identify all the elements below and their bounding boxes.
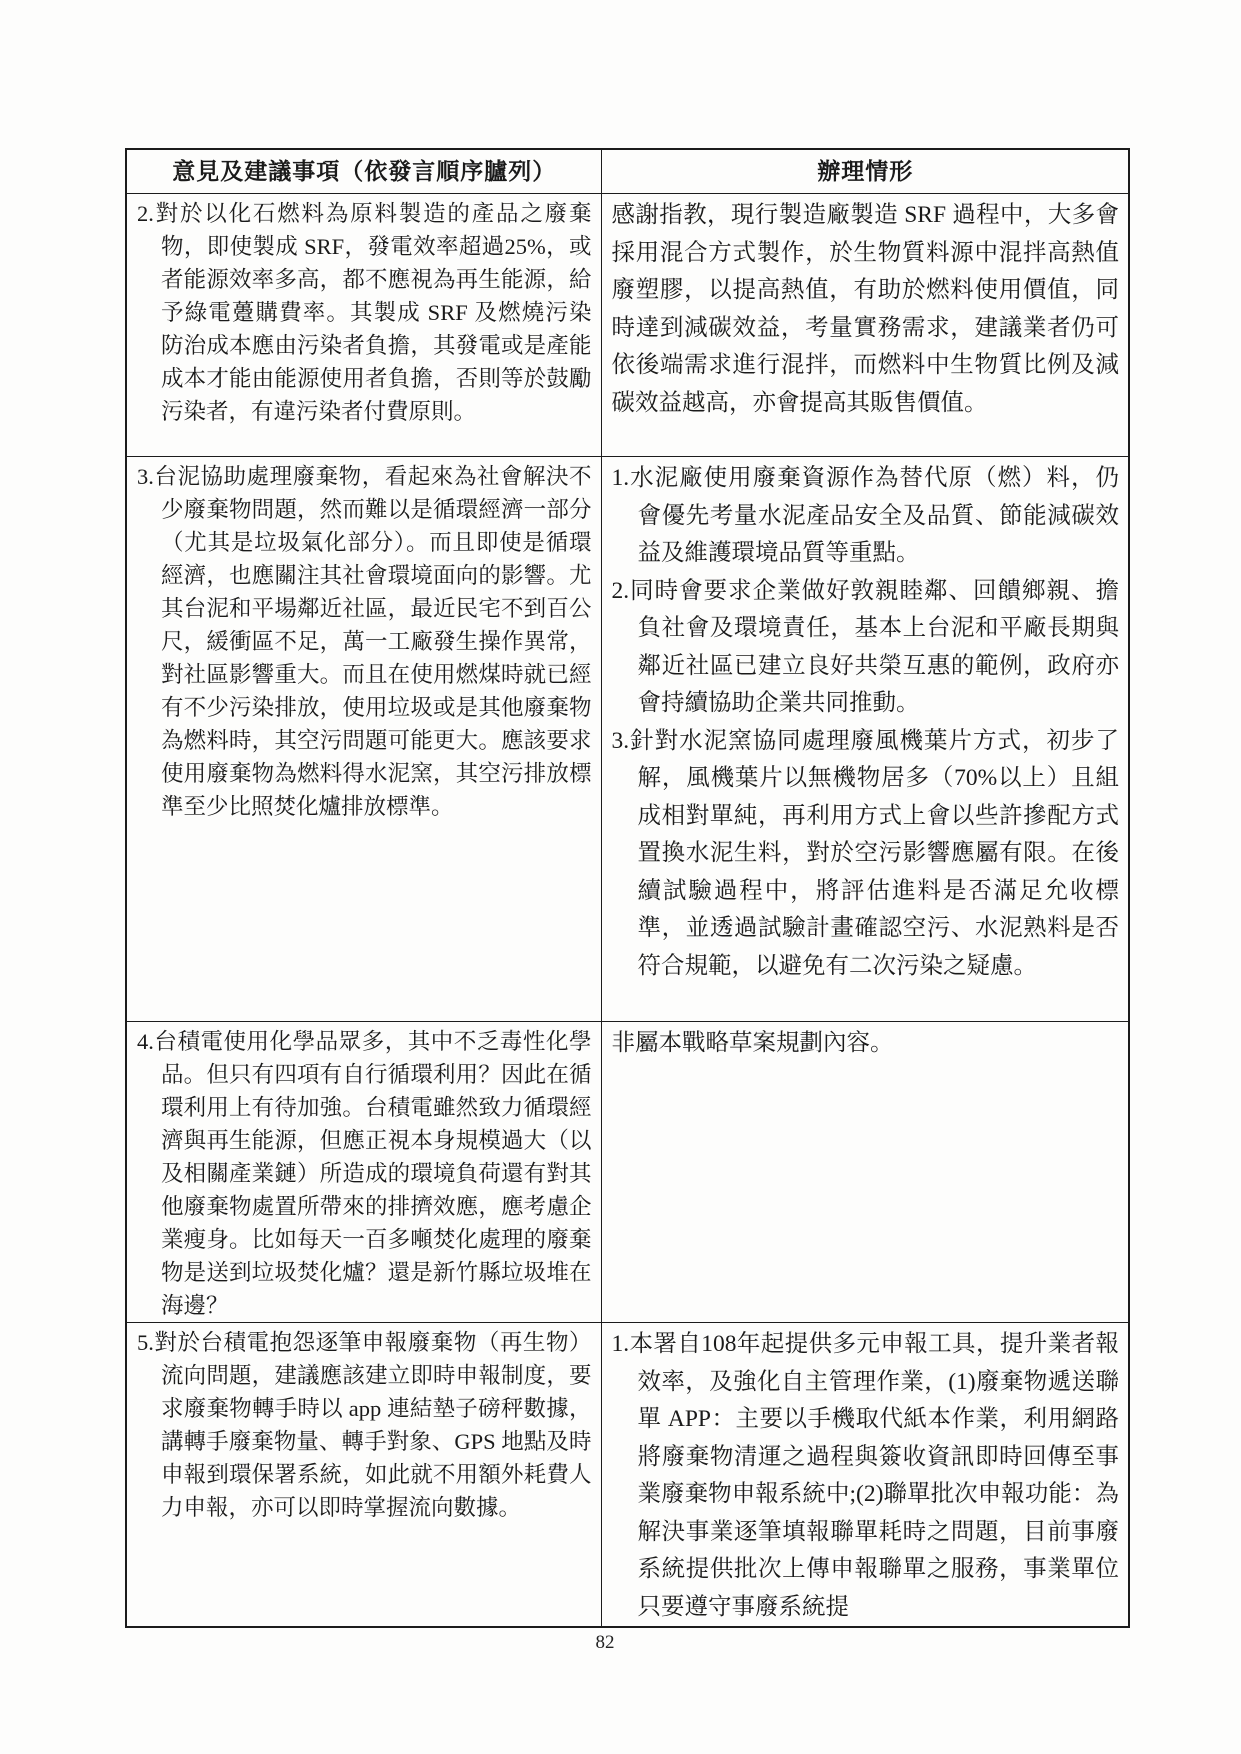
header-opinions: 意見及建議事項（依發言順序臚列） (126, 149, 601, 194)
paragraph: 3.台泥協助處理廢棄物，看起來為社會解決不少廢棄物問題，然而難以是循環經濟一部分… (137, 460, 592, 823)
table-row-item4: 4.台積電使用化學品眾多，其中不乏毒性化學品。但只有四項有自行循環利用？因此在循… (126, 1022, 1129, 1323)
cell-opinion-4: 4.台積電使用化學品眾多，其中不乏毒性化學品。但只有四項有自行循環利用？因此在循… (126, 1022, 601, 1323)
table-row-item3: 3.台泥協助處理廢棄物，看起來為社會解決不少廢棄物問題，然而難以是循環經濟一部分… (126, 457, 1129, 1022)
paragraph: 5.對於台積電抱怨逐筆申報廢棄物（再生物）流向問題，建議應該建立即時申報制度，要… (137, 1326, 592, 1524)
cell-response-3: 1.水泥廠使用廢棄資源作為替代原（燃）料，仍會優先考量水泥產品安全及品質、節能減… (601, 457, 1129, 1022)
paragraph: 1.水泥廠使用廢棄資源作為替代原（燃）料，仍會優先考量水泥產品安全及品質、節能減… (612, 460, 1120, 573)
paragraph: 2.對於以化石燃料為原料製造的產品之廢棄物，即使製成 SRF，發電效率超過25%… (137, 197, 592, 428)
table-row-item5: 5.對於台積電抱怨逐筆申報廢棄物（再生物）流向問題，建議應該建立即時申報制度，要… (126, 1323, 1129, 1628)
paragraph: 2.同時會要求企業做好敦親睦鄰、回饋鄉親、擔負社會及環境責任，基本上台泥和平廠長… (612, 573, 1120, 723)
paragraph: 非屬本戰略草案規劃內容。 (612, 1025, 1120, 1063)
cell-opinion-5: 5.對於台積電抱怨逐筆申報廢棄物（再生物）流向問題，建議應該建立即時申報制度，要… (126, 1323, 601, 1628)
paragraph: 3.針對水泥窯協同處理廢風機葉片方式，初步了解，風機葉片以無機物居多（70%以上… (612, 723, 1120, 986)
cell-opinion-2: 2.對於以化石燃料為原料製造的產品之廢棄物，即使製成 SRF，發電效率超過25%… (126, 194, 601, 457)
document-page: 意見及建議事項（依發言順序臚列） 辦理情形 2.對於以化石燃料為原料製造的產品之… (0, 0, 1241, 1754)
paragraph: 4.台積電使用化學品眾多，其中不乏毒性化學品。但只有四項有自行循環利用？因此在循… (137, 1025, 592, 1322)
paragraph: 1.本署自108年起提供多元申報工具，提升業者報效率，及強化自主管理作業，(1)… (612, 1326, 1120, 1626)
cell-response-4: 非屬本戰略草案規劃內容。 (601, 1022, 1129, 1323)
page-number: 82 (0, 1632, 1210, 1654)
paragraph: 感謝指教，現行製造廠製造 SRF 過程中，大多會採用混合方式製作，於生物質料源中… (612, 197, 1120, 422)
header-handling: 辦理情形 (601, 149, 1129, 194)
comments-table: 意見及建議事項（依發言順序臚列） 辦理情形 2.對於以化石燃料為原料製造的產品之… (125, 148, 1130, 1628)
cell-response-5: 1.本署自108年起提供多元申報工具，提升業者報效率，及強化自主管理作業，(1)… (601, 1323, 1129, 1628)
table-row-item2: 2.對於以化石燃料為原料製造的產品之廢棄物，即使製成 SRF，發電效率超過25%… (126, 194, 1129, 457)
table-header-row: 意見及建議事項（依發言順序臚列） 辦理情形 (126, 149, 1129, 194)
cell-response-2: 感謝指教，現行製造廠製造 SRF 過程中，大多會採用混合方式製作，於生物質料源中… (601, 194, 1129, 457)
cell-opinion-3: 3.台泥協助處理廢棄物，看起來為社會解決不少廢棄物問題，然而難以是循環經濟一部分… (126, 457, 601, 1022)
